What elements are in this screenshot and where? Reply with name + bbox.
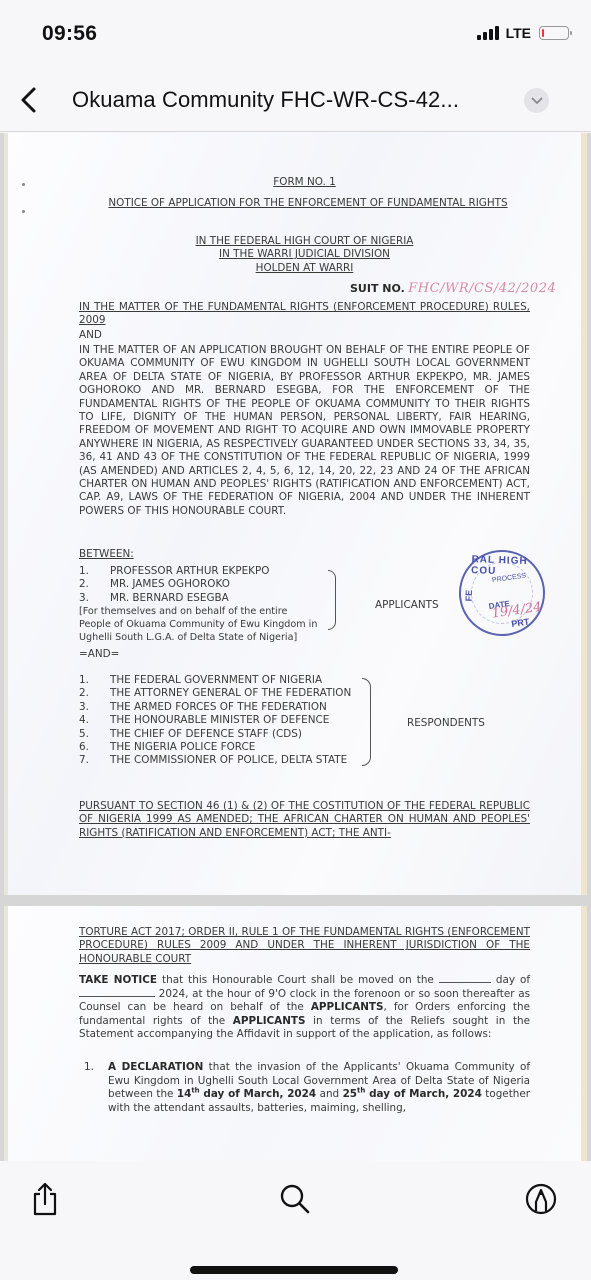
back-button[interactable] [14, 84, 46, 116]
chevron-left-icon [14, 84, 46, 116]
court-line: HOLDEN AT WARRI [79, 262, 530, 275]
network-type: LTE [506, 25, 531, 41]
suit-label: SUIT NO. [350, 282, 405, 295]
chevron-down-icon [531, 97, 543, 105]
form-number: FORM NO. 1 [79, 176, 530, 189]
applicant-item: 3.MR. BERNARD ESEGBA [79, 592, 339, 605]
court-line: IN THE WARRI JUDICIAL DIVISION [79, 248, 530, 261]
matter-application: IN THE MATTER OF AN APPLICATION BROUGHT … [79, 344, 530, 518]
suit-number: SUIT NO. FHC/WR/CS/42/2024 [350, 282, 590, 295]
document-viewer[interactable]: FORM NO. 1 NOTICE OF APPLICATION FOR THE… [0, 133, 591, 1161]
document-page-1: FORM NO. 1 NOTICE OF APPLICATION FOR THE… [4, 133, 587, 895]
month-blank [79, 996, 155, 997]
applicant-list: 1.PROFESSOR ARTHUR EKPEKPO 2.MR. JAMES O… [79, 565, 339, 644]
respondents-brace [362, 678, 371, 766]
home-indicator[interactable] [190, 1266, 398, 1274]
respondent-item: 2.THE ATTORNEY GENERAL OF THE FEDERATION [79, 687, 379, 700]
court-line: IN THE FEDERAL HIGH COURT OF NIGERIA [79, 235, 530, 248]
applicant-item: 1.PROFESSOR ARTHUR EKPEKPO [79, 565, 339, 578]
status-bar: 09:56 LTE [0, 0, 591, 70]
suit-number-handwritten: FHC/WR/CS/42/2024 [408, 281, 556, 296]
respondent-list: 1.THE FEDERAL GOVERNMENT OF NIGERIA 2.TH… [79, 674, 379, 768]
applicants-note: [For themselves and on behalf of the ent… [79, 605, 339, 644]
title-menu-button[interactable] [524, 88, 549, 113]
document-page-2: TORTURE ACT 2017; ORDER II, RULE 1 OF TH… [4, 906, 587, 1161]
and-separator: =AND= [79, 648, 530, 661]
bottom-toolbar [0, 1161, 591, 1280]
share-icon [30, 1181, 60, 1217]
applicant-item: 2.MR. JAMES OGHOROKO [79, 578, 339, 591]
and-separator: AND [79, 329, 530, 342]
share-button[interactable] [25, 1179, 65, 1219]
day-blank [439, 982, 491, 983]
respondent-item: 7.THE COMMISSIONER OF POLICE, DELTA STAT… [79, 754, 379, 767]
document-title[interactable]: Okuama Community FHC-WR-CS-42... [72, 87, 459, 113]
applicants-label: APPLICANTS [375, 599, 439, 612]
respondent-item: 3.THE ARMED FORCES OF THE FEDERATION [79, 701, 379, 714]
between-label: BETWEEN: [79, 548, 530, 561]
search-icon [278, 1182, 312, 1216]
clock: 09:56 [42, 22, 97, 46]
status-indicators: LTE [477, 25, 569, 41]
court-heading: IN THE FEDERAL HIGH COURT OF NIGERIA IN … [79, 235, 530, 275]
battery-icon [539, 26, 569, 40]
take-notice-paragraph: TAKE NOTICE that this Honourable Court s… [79, 974, 530, 1042]
notice-title: NOTICE OF APPLICATION FOR THE ENFORCEMEN… [98, 197, 518, 210]
search-button[interactable] [275, 1179, 315, 1219]
matter-rules: IN THE MATTER OF THE FUNDAMENTAL RIGHTS … [79, 301, 530, 328]
nav-bar: Okuama Community FHC-WR-CS-42... [0, 70, 591, 132]
respondent-item: 4.THE HONOURABLE MINISTER OF DEFENCE [79, 714, 379, 727]
relief-declaration: 1. A DECLARATION that the invasion of th… [84, 1061, 530, 1115]
respondents-label: RESPONDENTS [407, 717, 485, 730]
respondent-item: 5.THE CHIEF OF DEFENCE STAFF (CDS) [79, 728, 379, 741]
torture-act-clause: TORTURE ACT 2017; ORDER II, RULE 1 OF TH… [79, 926, 530, 966]
pursuant-clause: PURSUANT TO SECTION 46 (1) & (2) OF THE … [79, 800, 530, 840]
respondent-item: 6.THE NIGERIA POLICE FORCE [79, 741, 379, 754]
markup-button[interactable] [521, 1179, 561, 1219]
applicants-brace [328, 570, 336, 630]
respondent-item: 1.THE FEDERAL GOVERNMENT OF NIGERIA [79, 674, 379, 687]
signal-icon [477, 26, 499, 40]
markup-pen-icon [524, 1182, 558, 1216]
